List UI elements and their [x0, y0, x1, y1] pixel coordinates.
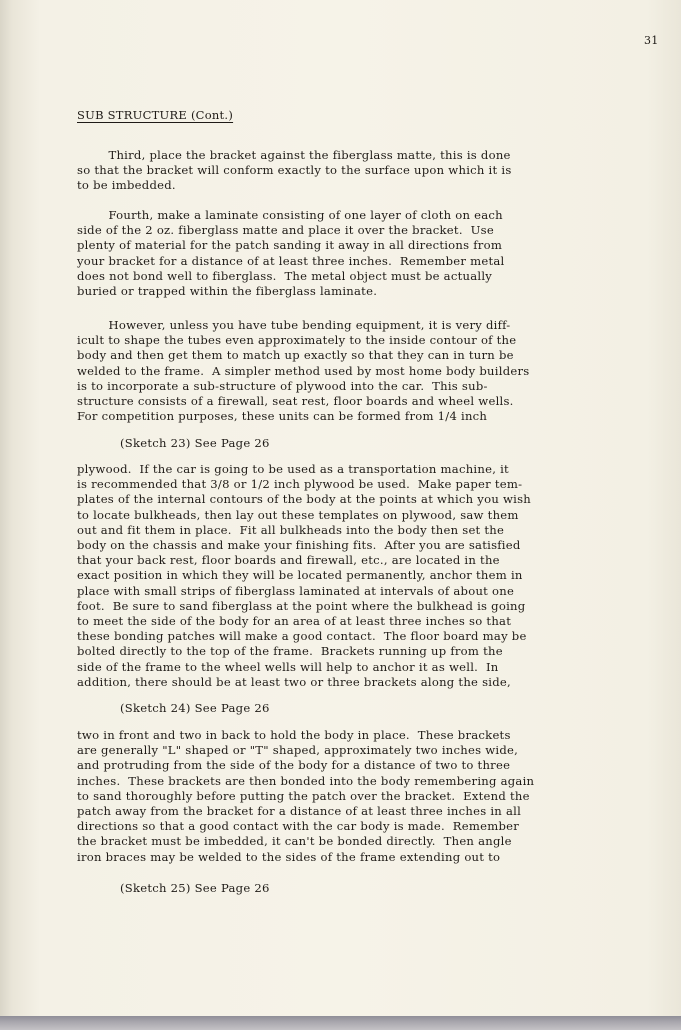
sketch-ref-24: (Sketch 24) See Page 26	[120, 701, 270, 715]
sketch-ref-25: (Sketch 25) See Page 26	[120, 881, 270, 895]
paragraph-fourth: Fourth, make a laminate consisting of on…	[77, 208, 637, 299]
paragraph-brackets: two in front and two in back to hold the…	[77, 728, 637, 865]
paragraph-plywood: plywood. If the car is going to be used …	[77, 462, 637, 690]
scanned-page: 31 SUB STRUCTURE (Cont.) Third, place th…	[0, 0, 681, 1030]
section-heading: SUB STRUCTURE (Cont.)	[77, 108, 233, 122]
page-bottom-edge	[0, 1016, 681, 1030]
paragraph-third: Third, place the bracket against the fib…	[77, 148, 637, 194]
page-number: 31	[644, 34, 659, 47]
sketch-ref-23: (Sketch 23) See Page 26	[120, 436, 270, 450]
paragraph-however: However, unless you have tube bending eq…	[77, 318, 637, 424]
